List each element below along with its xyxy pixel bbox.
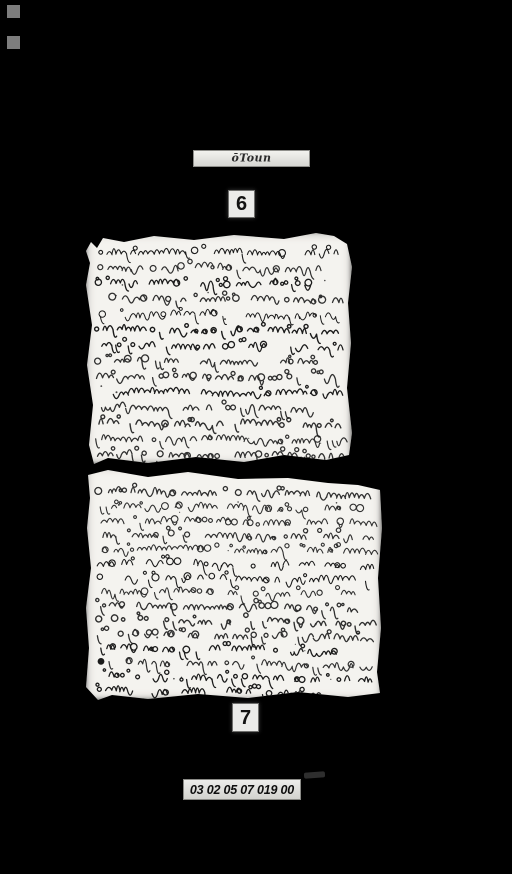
calibration-square-1 [7,5,20,18]
calibration-square-2 [7,36,20,49]
shelfmark-strip: 03 02 05 07 019 00 [183,779,301,800]
manuscript-page-7 [86,466,382,700]
handwriting-leaf-6 [86,233,352,464]
leaf-number-box-bottom: 7 [232,703,259,732]
shelfmark-text: 03 02 05 07 019 00 [190,783,294,797]
leaf-number-top: 6 [236,194,247,214]
leaf-number-box-top: 6 [228,190,255,218]
handwriting-leaf-7 [86,466,382,700]
header-label-text: ōToun [231,152,271,165]
header-label-strip: ōToun [193,150,310,167]
leaf-number-bottom: 7 [240,708,251,728]
manuscript-page-6 [86,233,352,464]
smudge-mark [304,771,325,778]
photo-frame: ōToun 6 7 03 02 05 07 019 00 [0,0,512,874]
